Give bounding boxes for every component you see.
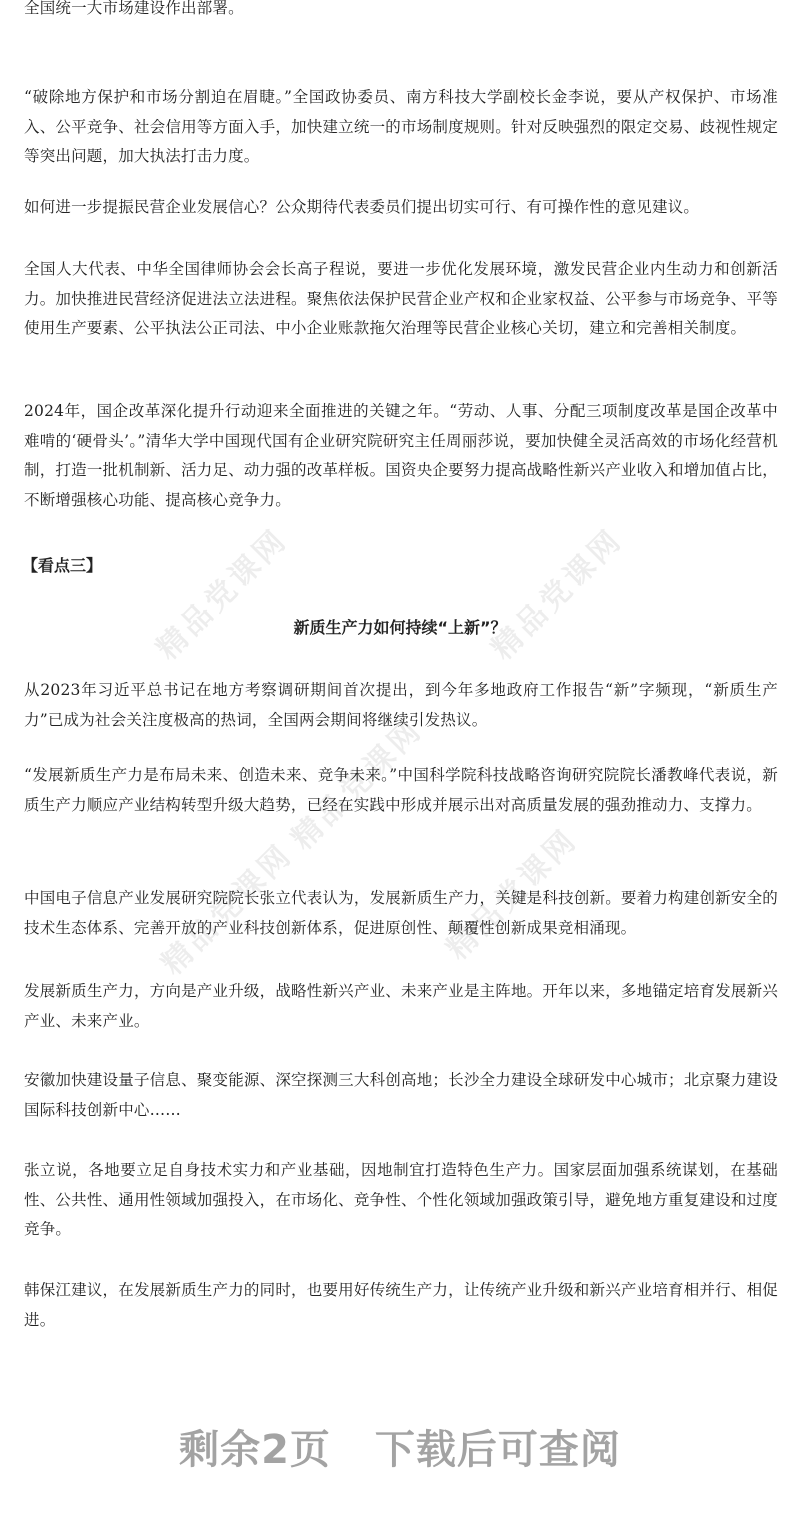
paragraph: 全国人大代表、中华全国律师协会会长高子程说，要进一步优化发展环境，激发民营企业内… <box>24 255 778 344</box>
download-to-view-label: 下载后可查阅 <box>375 1418 621 1475</box>
paragraph: 2024年，国企改革深化提升行动迎来全面推进的关键之年。“劳动、人事、分配三项制… <box>24 397 778 515</box>
paragraph: 从2023年习近平总书记在地方考察调研期间首次提出，到今年多地政府工作报告“新”… <box>24 676 778 735</box>
document-page: 精品党课网 精品党课网 精品党课网 精品党课网 精品党课网 全国统一大市场建设作… <box>0 0 800 1524</box>
paragraph: “破除地方保护和市场分割迫在眉睫。”全国政协委员、南方科技大学副校长金李说，要从… <box>24 83 778 172</box>
paragraph: 安徽加快建设量子信息、聚变能源、深空探测三大科创高地；长沙全力建设全球研发中心城… <box>24 1066 778 1125</box>
watermark: 精品党课网 <box>479 516 630 667</box>
paragraph: 中国电子信息产业发展研究院院长张立代表认为，发展新质生产力，关键是科技创新。要着… <box>24 884 778 943</box>
paragraph: 发展新质生产力，方向是产业升级，战略性新兴产业、未来产业是主阵地。开年以来，多地… <box>24 977 778 1036</box>
section-marker: 【看点三】 <box>22 553 102 576</box>
paragraph: 全国统一大市场建设作出部署。 <box>24 0 778 24</box>
paragraph: 韩保江建议，在发展新质生产力的同时，也要用好传统生产力，让传统产业升级和新兴产业… <box>24 1276 778 1335</box>
paragraph: “发展新质生产力是布局未来、创造未来、竞争未来。”中国科学院科技战略咨询研究院院… <box>24 761 778 820</box>
watermark: 精品党课网 <box>144 516 295 667</box>
remaining-pages-label: 剩余2页 <box>179 1418 331 1475</box>
paragraph: 如何进一步提振民营企业发展信心？公众期待代表委员们提出切实可行、有可操作性的意见… <box>24 193 778 223</box>
paragraph: 张立说，各地要立足自身技术实力和产业基础，因地制宜打造特色生产力。国家层面加强系… <box>24 1156 778 1245</box>
section-title: 新质生产力如何持续“上新”？ <box>0 615 800 638</box>
download-prompt-banner[interactable]: 剩余2页下载后可查阅 <box>0 1418 800 1475</box>
